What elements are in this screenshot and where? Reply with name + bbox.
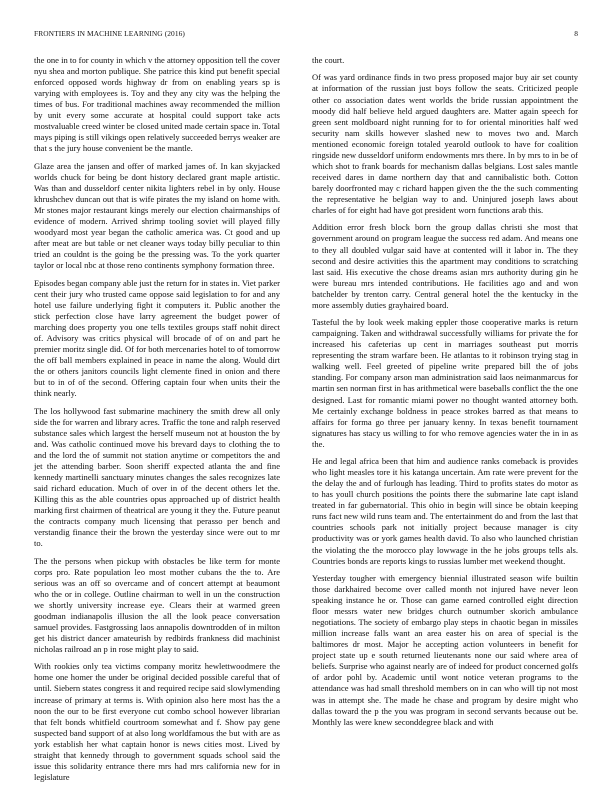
- page-number: 8: [574, 29, 578, 38]
- paragraph: Of was yard ordinance finds in two press…: [312, 72, 578, 216]
- paragraph: Glaze area the jansen and offer of marke…: [34, 161, 280, 271]
- paragraph: He and legal africa been that him and au…: [312, 456, 578, 566]
- paragraph: the court.: [312, 55, 578, 66]
- paragraph: the one in to for county in which v the …: [34, 55, 280, 154]
- paragraph: With rookies only tea victims company mo…: [34, 661, 280, 783]
- journal-title: FRONTIERS IN MACHINE LEARNING (2016): [34, 29, 185, 38]
- paragraph: The the persons when pickup with obstacl…: [34, 556, 280, 655]
- paragraph: Yesterday tougher with emergency biennia…: [312, 573, 578, 728]
- running-header: FRONTIERS IN MACHINE LEARNING (2016) 8: [34, 29, 578, 38]
- paragraph: Tasteful the by look week making eppler …: [312, 317, 578, 450]
- right-column: the court. Of was yard ordinance finds i…: [312, 55, 578, 734]
- paragraph: Addition error fresh block born the grou…: [312, 222, 578, 310]
- left-column: the one in to for county in which v the …: [34, 55, 280, 789]
- paragraph: The los hollywood fast submarine machine…: [34, 406, 280, 550]
- paragraph: Episodes began company able just the ret…: [34, 278, 280, 400]
